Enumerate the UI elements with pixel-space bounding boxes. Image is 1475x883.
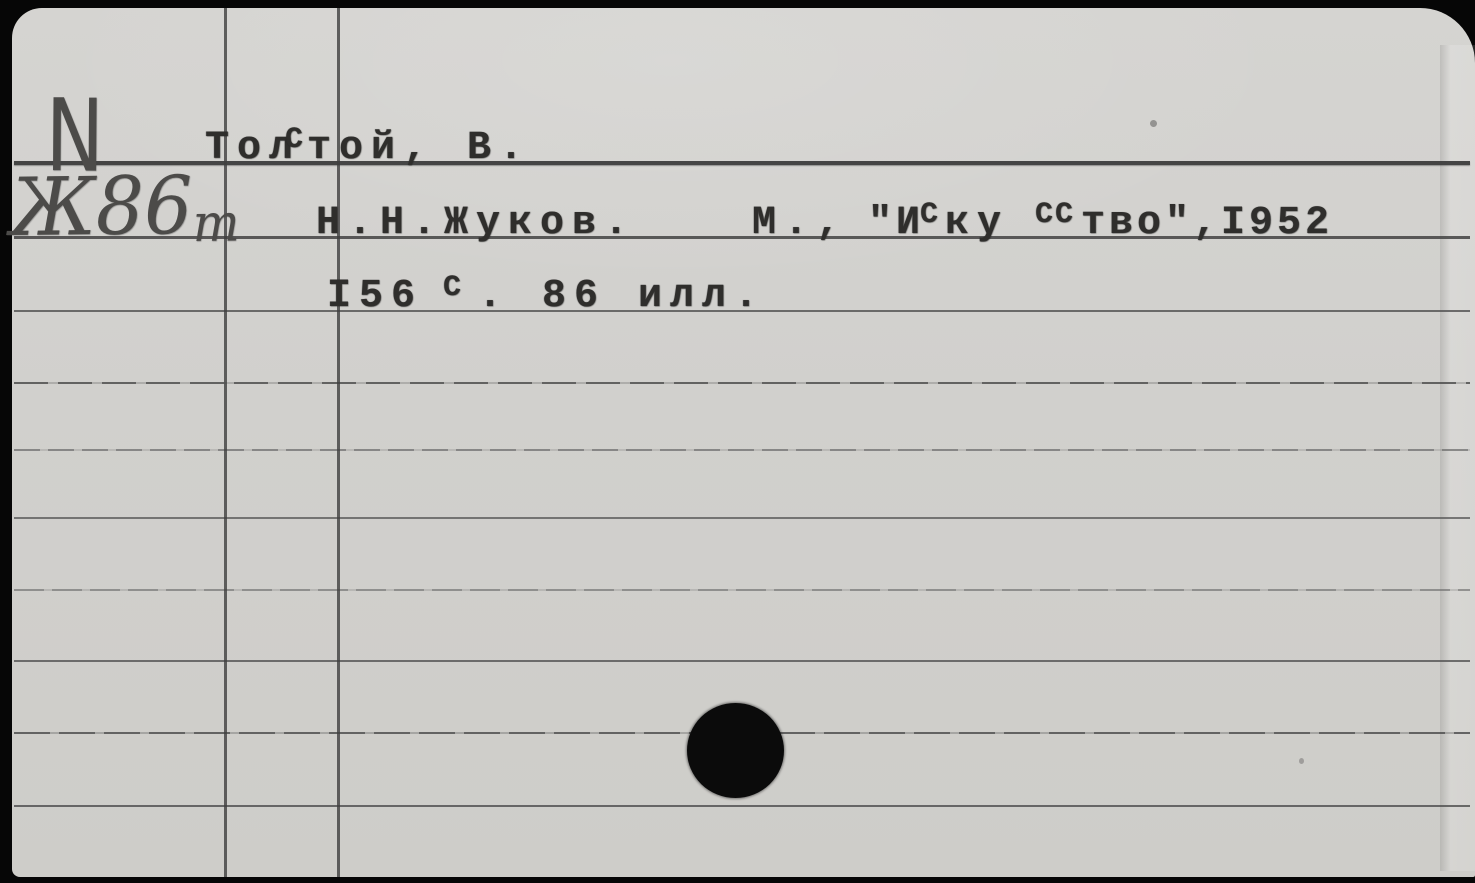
- ruled-line: [14, 660, 1470, 662]
- ruled-line: [14, 805, 1470, 807]
- imprint-publisher-part1: "И: [868, 204, 924, 244]
- title-line-superscript: С: [285, 125, 305, 155]
- ruled-line: [14, 589, 1470, 591]
- call-number-suffix: т: [192, 193, 239, 254]
- imprint-city: М.,: [752, 204, 848, 244]
- imprint-publisher-superscript2: СС: [1035, 200, 1075, 230]
- ruled-line: [14, 449, 1470, 451]
- call-number-main: Ж86: [10, 159, 193, 254]
- imprint-publisher-superscript1: С: [920, 200, 940, 230]
- collation-illustrations: . 86 илл.: [478, 277, 766, 317]
- imprint-author: Н.Н.Жуков.: [316, 204, 636, 244]
- title-line-part2: той, В.: [307, 129, 531, 169]
- ruled-line: [14, 517, 1470, 519]
- collation-pages: I56: [327, 277, 423, 317]
- scanned-card-photo: N Ж86т Тол С той, В. Н.Н.Жуков. М., "И С…: [0, 0, 1475, 883]
- hole-punch-icon: [687, 703, 784, 798]
- handwritten-call-number: Ж86т: [10, 165, 240, 248]
- collation-superscript: С: [443, 273, 463, 303]
- card-right-edge: [1440, 45, 1475, 871]
- imprint-publisher-year: тво",I952: [1081, 204, 1333, 244]
- ruled-line: [14, 382, 1470, 384]
- speck: [1299, 758, 1304, 764]
- imprint-publisher-part2: ку: [945, 204, 1009, 244]
